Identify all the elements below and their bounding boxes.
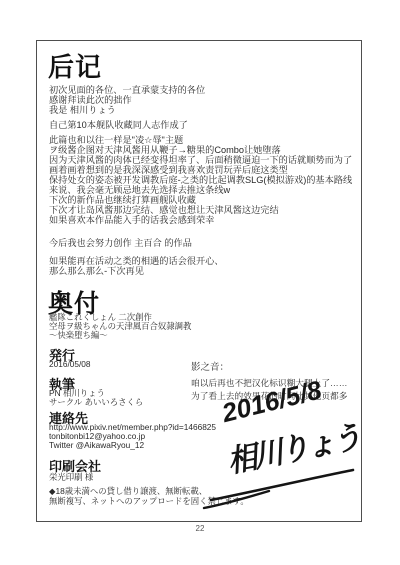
text-line: ヲ级酱企图对天津风酱用从鞭子→糖果的Combo让她堕落 bbox=[49, 145, 352, 155]
text-line: 保持处女的姿态被开发调教后庭-之类的比起调教SLG(模拟游戏)的基本路线 bbox=[49, 175, 352, 185]
colophon-work-title: 艦隊これくしょん 二次創作 空母ヲ級ちゃんの天津風百合奴隷調教 ～快楽堕ち編～ bbox=[49, 313, 191, 339]
circle-name: サークル あいいろさくら bbox=[49, 398, 143, 407]
signature-underline-strokes bbox=[187, 429, 361, 519]
text-line: 此篇也和以往一样是"凌☆辱"主题 bbox=[49, 135, 352, 145]
text-line: 如果能再在活动之类的相遇的话会很开心、 bbox=[49, 256, 224, 266]
publish-date: 2016/05/08 bbox=[49, 360, 91, 369]
text-line: 画着画着想到的是我深深感受到我喜欢责罚玩弄后庭这类型 bbox=[49, 165, 352, 175]
page-number: 22 bbox=[188, 524, 212, 533]
text-line: 感谢拜读此次的拙作 bbox=[49, 95, 205, 105]
afterword-book10-line: 自己第10本舰队收藏同人志作成了 bbox=[49, 120, 188, 130]
page-frame: 后记 初次见面的各位、一直承蒙支持的各位 感谢拜读此次的拙作 我是 相川りょう … bbox=[36, 40, 362, 522]
text-line: ～快楽堕ち編～ bbox=[49, 331, 191, 340]
text-line: 那么那么那么-下次再见 bbox=[49, 266, 224, 276]
translator-note-heading: 影之音： bbox=[191, 359, 229, 373]
author-lines: PN 相川りょう サークル あいいろさくら bbox=[49, 389, 143, 407]
text-line: 来说、我会毫无顾忌地去先选择去推这条线w bbox=[49, 185, 352, 195]
text-line: 如果喜欢本作品能入手的话我会感到荣幸 bbox=[49, 215, 352, 225]
text-line: 下次才让岛风酱那边完结、感觉也想让天津风酱这边完结 bbox=[49, 205, 352, 215]
printer-name: 栄光印刷 様 bbox=[49, 473, 93, 482]
afterword-closing: 如果能再在活动之类的相遇的话会很开心、 那么那么那么-下次再见 bbox=[49, 256, 224, 276]
afterword-future-line: 今后我也会努力创作 主百合 的作品 bbox=[49, 238, 192, 248]
text-line: 我是 相川りょう bbox=[49, 105, 205, 115]
text-line: 初次见面的各位、一直承蒙支持的各位 bbox=[49, 85, 205, 95]
afterword-body: 此篇也和以往一样是"凌☆辱"主题 ヲ级酱企图对天津风酱用从鞭子→糖果的Combo… bbox=[49, 135, 352, 225]
afterword-intro: 初次见面的各位、一直承蒙支持的各位 感谢拜读此次的拙作 我是 相川りょう bbox=[49, 85, 205, 115]
afterword-title: 后记 bbox=[48, 47, 102, 84]
text-line: 因为天津风酱的肉体已经变得坦率了、后面稍微逼迫一下的话就顺势而为了 bbox=[49, 155, 352, 165]
text-line: 下次的新作品也继续打算画舰队收藏 bbox=[49, 195, 352, 205]
